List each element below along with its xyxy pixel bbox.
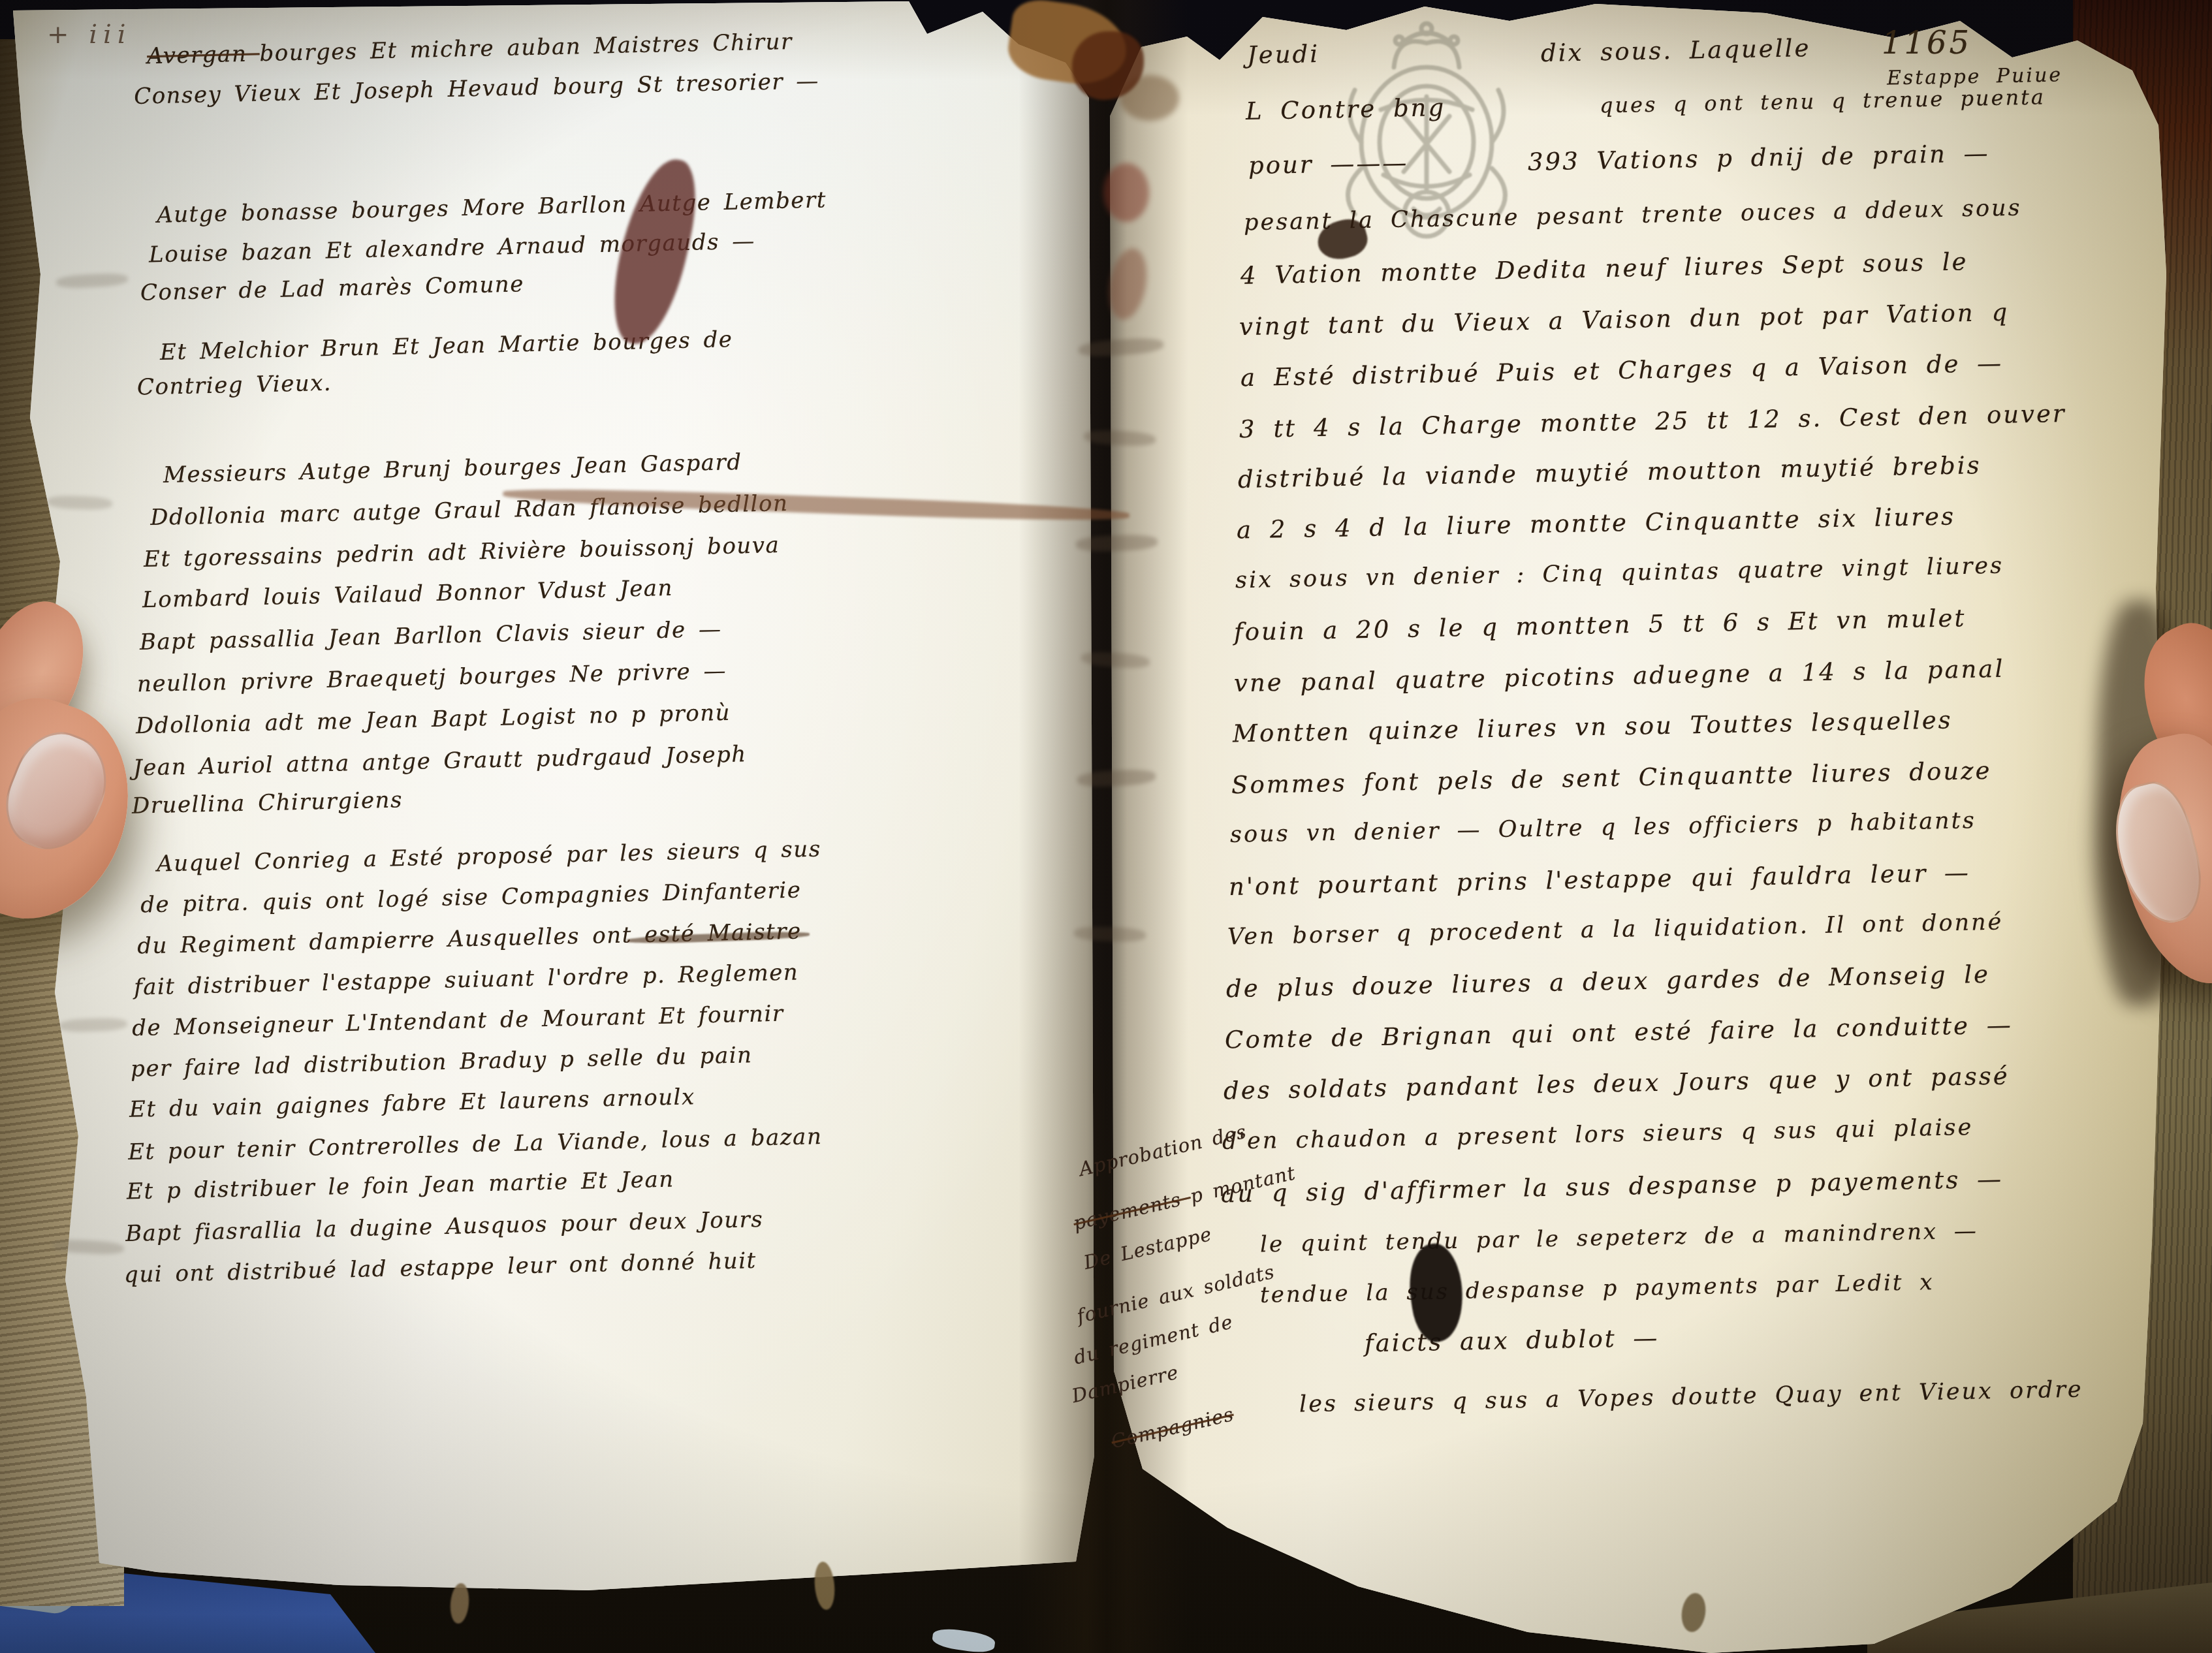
manuscript-line: dix sous. Laquelle (1541, 34, 1811, 67)
manuscript-photo-scene: + iii 1165 Avergan bourges Et michre aub… (0, 0, 2212, 1653)
manuscript-line: L Contre bng (1246, 93, 1446, 125)
manuscript-line: pour ——— (1248, 149, 1409, 180)
manuscript-line: faicts aux dublot — (1365, 1324, 1660, 1358)
manuscript-line: Contrieg Vieux. (137, 370, 332, 401)
bottom-light-sliver (931, 1626, 996, 1653)
folio-number: 1165 (1882, 25, 1972, 61)
wormhole (449, 1582, 470, 1624)
folio-mark: + iii (47, 20, 132, 50)
struck-word: Avergan (147, 40, 260, 69)
manuscript-line: Jeudi (1247, 40, 1320, 69)
